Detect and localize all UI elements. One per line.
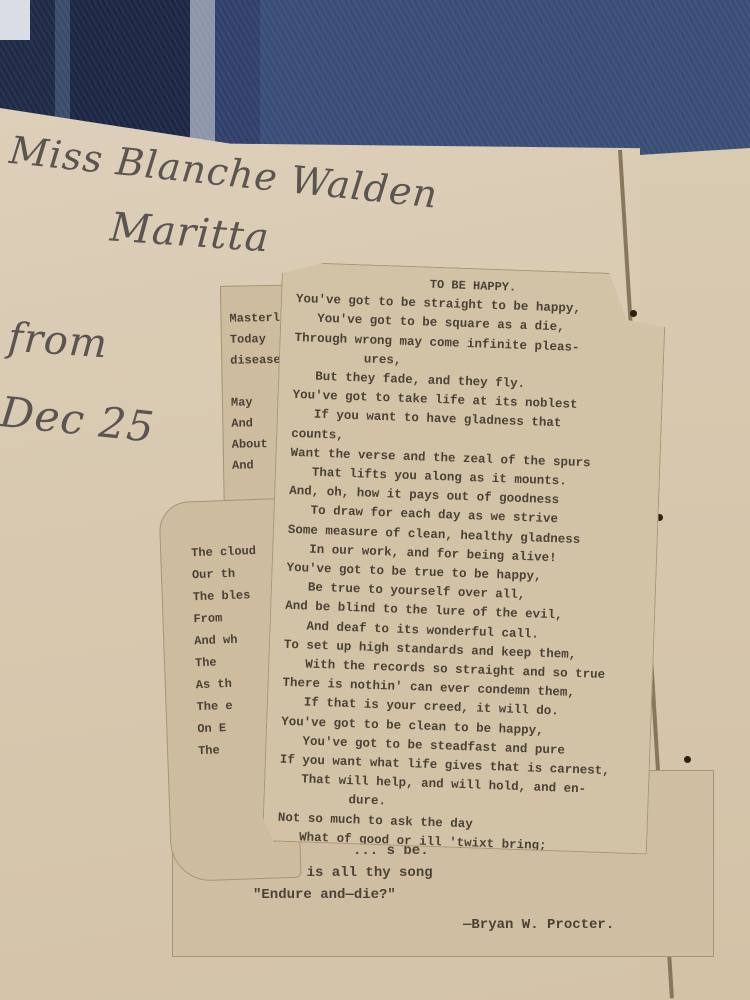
clipping-line: "Endure and—die?" [253, 887, 396, 903]
binding-stitch [684, 756, 691, 763]
blanket-highlight [0, 0, 30, 40]
poem-attribution: —Bryan W. Procter. [463, 917, 614, 933]
clipping-to-be-happy: TO BE HAPPY. You've got to be straight t… [262, 261, 667, 854]
handwritten-from: from [7, 315, 110, 368]
binding-stitch [630, 310, 637, 317]
